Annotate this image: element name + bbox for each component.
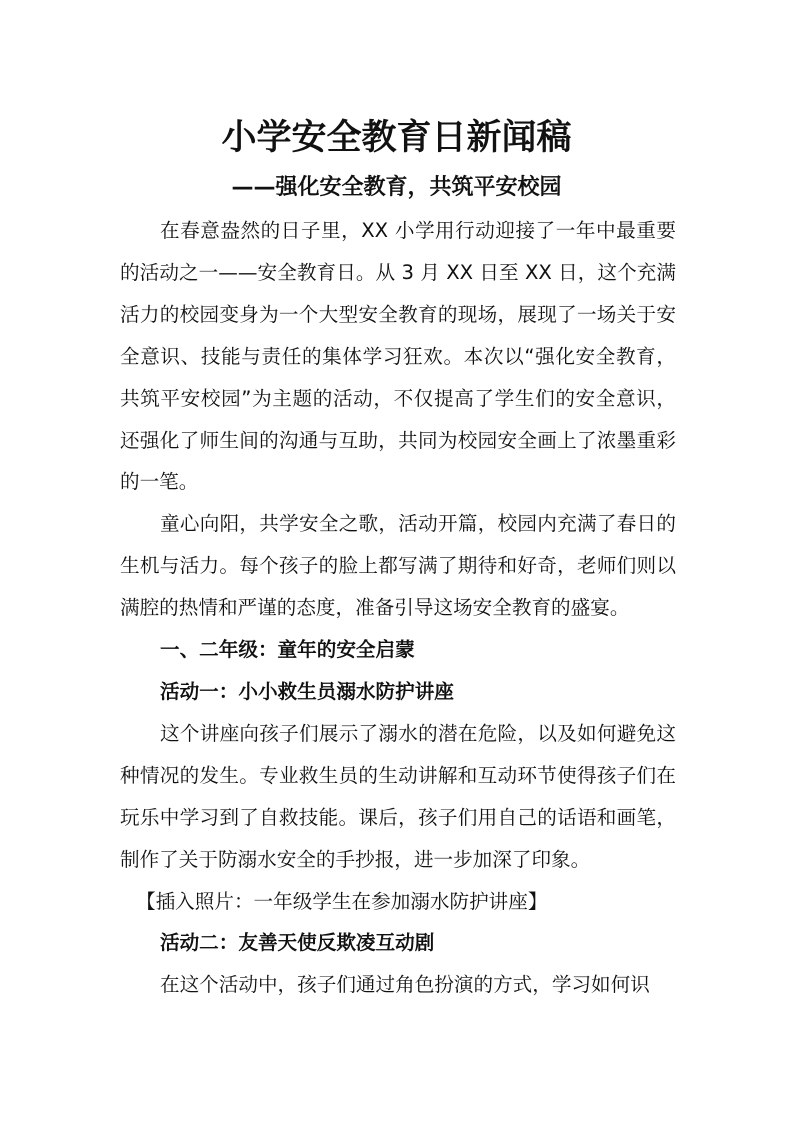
- section-heading-grade-1-2: 一、二年级：童年的安全启蒙: [120, 629, 676, 671]
- paragraph-opening: 童心向阳，共学安全之歌，活动开篇，校园内充满了春日的生机与活力。每个孩子的脸上都…: [120, 503, 676, 629]
- document-subtitle: ——强化安全教育，共筑平安校园: [0, 170, 793, 206]
- activity-heading-2: 活动二：友善天使反欺凌互动剧: [120, 922, 676, 964]
- paragraph-activity-2: 在这个活动中，孩子们通过角色扮演的方式，学习如何识: [120, 964, 676, 1006]
- paragraph-intro: 在春意盎然的日子里，XX 小学用行动迎接了一年中最重要的活动之一——安全教育日。…: [120, 210, 676, 503]
- document-body: 在春意盎然的日子里，XX 小学用行动迎接了一年中最重要的活动之一——安全教育日。…: [120, 210, 676, 1006]
- photo-placeholder: 【插入照片：一年级学生在参加溺水防护讲座】: [120, 881, 676, 923]
- document-page: 小学安全教育日新闻稿 ——强化安全教育，共筑平安校园 在春意盎然的日子里，XX …: [0, 0, 793, 1122]
- paragraph-activity-1: 这个讲座向孩子们展示了溺水的潜在危险，以及如何避免这种情况的发生。专业救生员的生…: [120, 713, 676, 881]
- document-title: 小学安全教育日新闻稿: [0, 114, 793, 162]
- activity-heading-1: 活动一：小小救生员溺水防护讲座: [120, 671, 676, 713]
